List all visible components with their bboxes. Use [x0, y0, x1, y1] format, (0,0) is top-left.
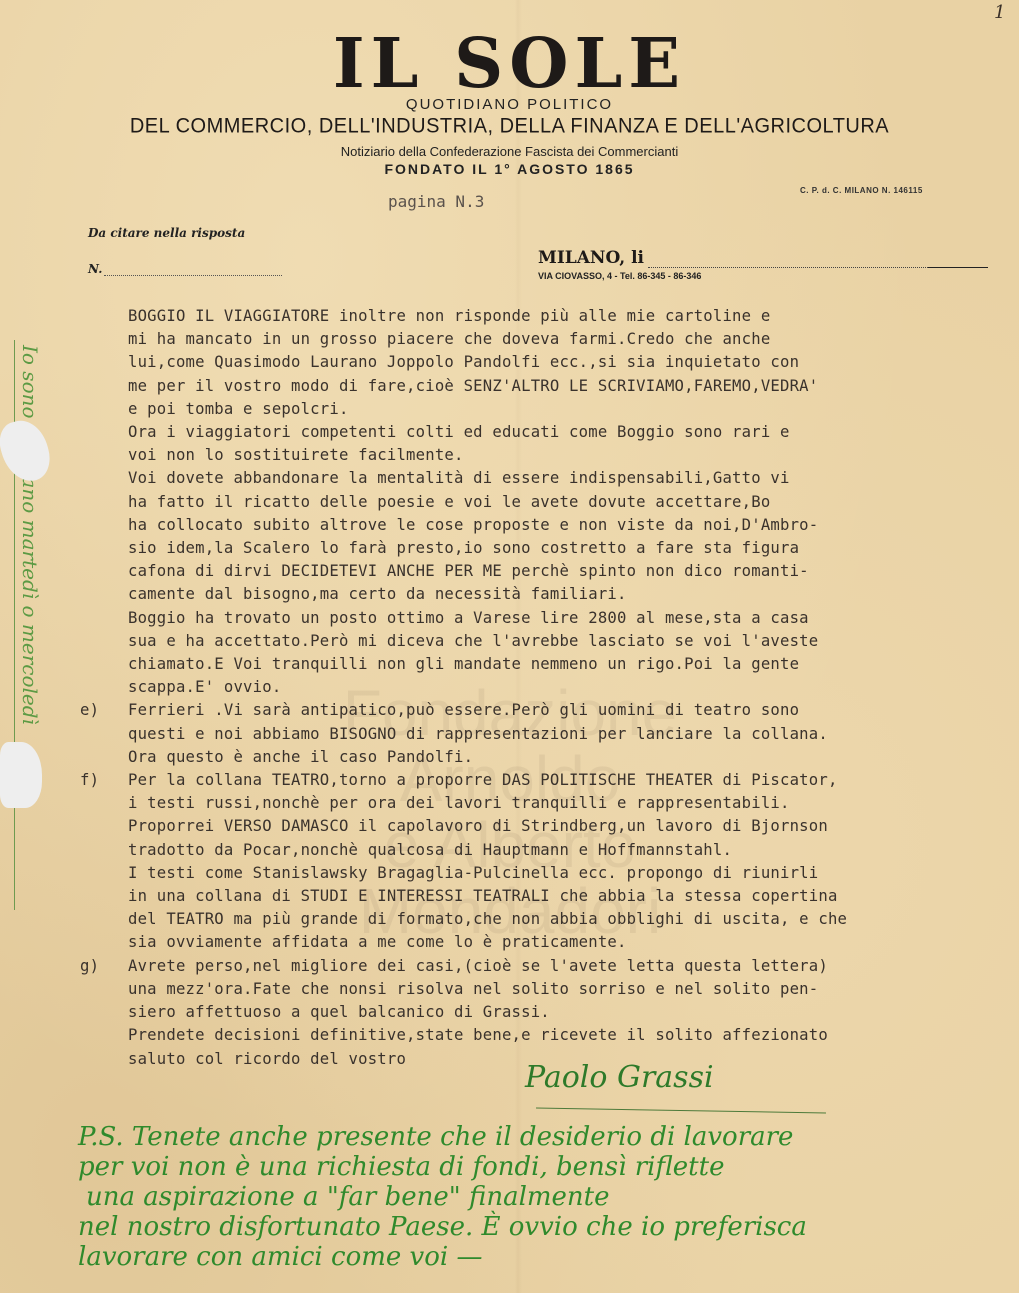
text-line: BOGGIO IL VIAGGIATORE inoltre non rispon… — [128, 305, 1010, 328]
letter-paragraph-e: e) Ferrieri .Vi sarà antipatico,può esse… — [80, 699, 1010, 769]
postscript-line: lavorare con amici come voi — — [78, 1242, 1013, 1272]
text-line: sio idem,la Scalero lo farà presto,io so… — [128, 537, 1010, 560]
text-line: siero affettuoso a quel balcanico di Gra… — [128, 1001, 1010, 1024]
letter-body: BOGGIO IL VIAGGIATORE inoltre non rispon… — [80, 305, 1010, 1071]
text-line: ha fatto il ricatto delle poesie e voi l… — [128, 491, 1010, 514]
text-line: una mezz'ora.Fate che nonsi risolva nel … — [128, 978, 1010, 1001]
text-line: Avrete perso,nel migliore dei casi,(cioè… — [128, 955, 1010, 978]
paper-tear — [0, 742, 42, 808]
letter-paragraph-f: f) Per la collana TEATRO,torno a proporr… — [80, 769, 1010, 955]
paper-tear — [0, 415, 55, 487]
reference-number-label: N. — [88, 262, 102, 276]
text-line: voi non lo sostituirete facilmente. — [128, 444, 1010, 467]
paragraph-marker: g) — [80, 955, 128, 1071]
masthead-sectors: DEL COMMERCIO, DELL'INDUSTRIA, DELLA FIN… — [0, 114, 1019, 138]
paragraph-marker: e) — [80, 699, 128, 769]
reference-number-field: N. — [88, 262, 282, 276]
date-line: MILANO, li — [538, 248, 988, 268]
text-line: sua e ha accettato.Però mi diceva che l'… — [128, 630, 1010, 653]
registration-number: C. P. d. C. MILANO N. 146115 — [800, 186, 923, 195]
citation-label: Da citare nella risposta — [88, 226, 245, 240]
address: VIA CIOVASSO, 4 - Tel. 86-345 - 86-346 — [538, 271, 701, 281]
postscript-line: per voi non è una richiesta di fondi, be… — [78, 1152, 1013, 1182]
dotted-fill-line — [648, 255, 988, 268]
text-line: ha collocato subito altrove le cose prop… — [128, 514, 1010, 537]
text-line: Boggio ha trovato un posto ottimo a Vare… — [128, 607, 1010, 630]
dotted-fill-line — [104, 265, 282, 276]
text-line: Per la collana TEATRO,torno a proporre D… — [128, 769, 1010, 792]
text-line: chiamato.E Voi tranquilli non gli mandat… — [128, 653, 1010, 676]
letter-paragraph: BOGGIO IL VIAGGIATORE inoltre non rispon… — [80, 305, 1010, 699]
text-line: Ora i viaggiatori competenti colti ed ed… — [128, 421, 1010, 444]
text-line: me per il vostro modo di fare,cioè SENZ'… — [128, 375, 1010, 398]
text-line: i testi russi,nonchè per ora dei lavori … — [128, 792, 1010, 815]
postscript-line: P.S. Tenete anche presente che il deside… — [78, 1122, 1013, 1152]
text-line: scappa.E' ovvio. — [128, 676, 1010, 699]
text-line: in una collana di STUDI E INTERESSI TEAT… — [128, 885, 1010, 908]
page-indicator: pagina N.3 — [388, 192, 484, 211]
text-line: del TEATRO ma più grande di formato,che … — [128, 908, 1010, 931]
signature: Paolo Grassi — [525, 1060, 714, 1095]
text-line: Voi dovete abbandonare la mentalità di e… — [128, 467, 1010, 490]
postscript-line: una aspirazione a "far bene" finalmente — [78, 1182, 1013, 1212]
masthead-title: IL SOLE — [0, 24, 1019, 104]
page-number: 1 — [994, 2, 1005, 23]
text-line: sia ovviamente affidata a me come lo è p… — [128, 931, 1010, 954]
paragraph-marker — [80, 305, 128, 699]
text-line: e poi tomba e sepolcri. — [128, 398, 1010, 421]
masthead-subtitle: QUOTIDIANO POLITICO — [0, 96, 1019, 113]
text-line: cafona di dirvi DECIDETEVI ANCHE PER ME … — [128, 560, 1010, 583]
text-line: Prendete decisioni definitive,state bene… — [128, 1024, 1010, 1047]
text-line: Proporrei VERSO DAMASCO il capolavoro di… — [128, 815, 1010, 838]
masthead-notiziario: Notiziario della Confederazione Fascista… — [0, 144, 1019, 159]
postscript: P.S. Tenete anche presente che il deside… — [78, 1122, 1013, 1272]
text-line: questi e noi abbiamo BISOGNO di rapprese… — [128, 723, 1010, 746]
city-label: MILANO, li — [538, 248, 644, 268]
text-line: Ora questo è anche il caso Pandolfi. — [128, 746, 1010, 769]
masthead-founded: FONDATO IL 1° AGOSTO 1865 — [0, 161, 1019, 177]
letter-paragraph-g: g) Avrete perso,nel migliore dei casi,(c… — [80, 955, 1010, 1071]
text-line: I testi come Stanislawsky Bragaglia-Pulc… — [128, 862, 1010, 885]
postscript-line: nel nostro disfortunato Paese. È ovvio c… — [78, 1212, 1013, 1242]
text-line: camente dal bisogno,ma certo da necessit… — [128, 583, 1010, 606]
text-line: tradotto da Pocar,nonchè qualcosa di Hau… — [128, 839, 1010, 862]
text-line: Ferrieri .Vi sarà antipatico,può essere.… — [128, 699, 1010, 722]
text-line: mi ha mancato in un grosso piacere che d… — [128, 328, 1010, 351]
paragraph-marker: f) — [80, 769, 128, 955]
text-line: lui,come Quasimodo Laurano Joppolo Pando… — [128, 351, 1010, 374]
signature-underline — [536, 1107, 826, 1113]
